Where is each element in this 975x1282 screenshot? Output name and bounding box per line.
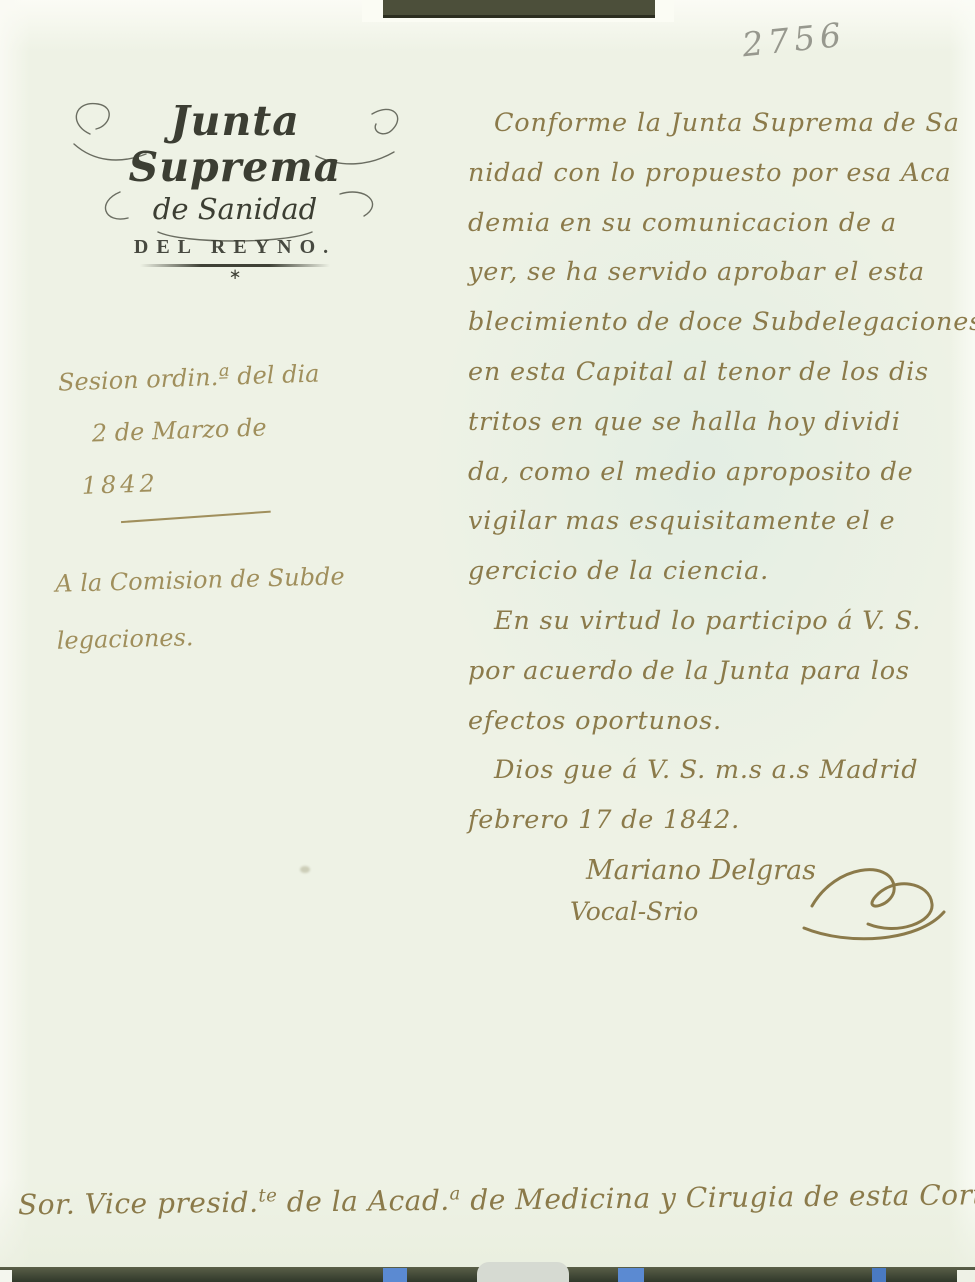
- handwritten-line: Conforme la Junta Suprema de Sa: [468, 108, 960, 158]
- ink-stain: [300, 866, 310, 873]
- handwritten-line: yer, se ha servido aprobar el esta: [468, 257, 960, 307]
- addressee-note-line: legaciones.: [56, 605, 347, 670]
- handwritten-line: efectos oportunos.: [468, 706, 960, 756]
- handwritten-line: nidad con lo propuesto por esa Aca: [468, 158, 960, 208]
- clip-center-tab: [477, 1262, 569, 1282]
- letterhead-stamp: Junta Suprema de Sanidad DEL REYNO. ∗: [68, 98, 402, 281]
- footer-superscript: te: [258, 1185, 277, 1206]
- clip-blue-segment: [618, 1268, 644, 1282]
- handwritten-line: gercicio de la ciencia.: [468, 556, 960, 606]
- session-note-line: Sesion ordin.ª del dia: [57, 347, 320, 408]
- paper-corner: [0, 1270, 12, 1282]
- paper-corner: [957, 1270, 975, 1282]
- letterhead-star-ornament: ∗: [68, 267, 402, 281]
- clip-blue-segment: [872, 1268, 886, 1282]
- handwritten-line: tritos en que se halla hoy dividi: [468, 407, 960, 457]
- scanner-clip-top: [383, 0, 655, 18]
- handwritten-line: Dios gue á V. S. m.s a.s Madrid: [468, 755, 960, 805]
- handwritten-line: En su virtud lo participo á V. S.: [468, 606, 960, 656]
- handwritten-line: blecimiento de doce Subdelegaciones: [468, 307, 960, 357]
- footer-address-part: de la Acad.: [277, 1184, 450, 1219]
- letterhead-del-reyno: DEL REYNO.: [68, 236, 402, 259]
- letterhead-title: Junta Suprema: [68, 98, 402, 190]
- footer-address: Sor. Vice presid.te de la Acad.a de Medi…: [18, 1178, 968, 1221]
- addressee-note-line: A la Comision de Subde: [55, 548, 346, 613]
- margin-note-addressee: A la Comision de Subde legaciones.: [55, 548, 347, 670]
- signature-rubric: [796, 852, 954, 944]
- clip-blue-segment: [383, 1268, 407, 1282]
- handwritten-line: por acuerdo de la Junta para los: [468, 656, 960, 706]
- handwritten-line: febrero 17 de 1842.: [468, 805, 960, 855]
- session-note-line: 2 de Marzo de: [59, 399, 322, 460]
- handwritten-line: vigilar mas esquisitamente el e: [468, 506, 960, 556]
- handwritten-line: en esta Capital al tenor de los dis: [468, 357, 960, 407]
- letter-body: Conforme la Junta Suprema de Sa nidad co…: [468, 108, 960, 926]
- session-note-line: 1842: [61, 451, 324, 512]
- margin-note-session: Sesion ordin.ª del dia 2 de Marzo de 184…: [57, 347, 324, 522]
- letterhead-subtitle: de Sanidad: [68, 192, 402, 226]
- footer-superscript: a: [449, 1183, 460, 1204]
- handwritten-line: da, como el medio aproposito de: [468, 457, 960, 507]
- handwritten-line: demia en su comunicacion de a: [468, 208, 960, 258]
- archive-number: 2756: [740, 15, 847, 65]
- footer-address-part: de Medicina y Cirugia de esta Corte.: [461, 1178, 975, 1217]
- scanned-letter-page: 2756 Junta Suprema de Sanidad DEL REYNO.…: [0, 0, 975, 1282]
- footer-address-part: Sor. Vice presid.: [18, 1186, 259, 1222]
- paper-left-shading: [0, 0, 30, 1282]
- session-note-underline: [121, 511, 271, 523]
